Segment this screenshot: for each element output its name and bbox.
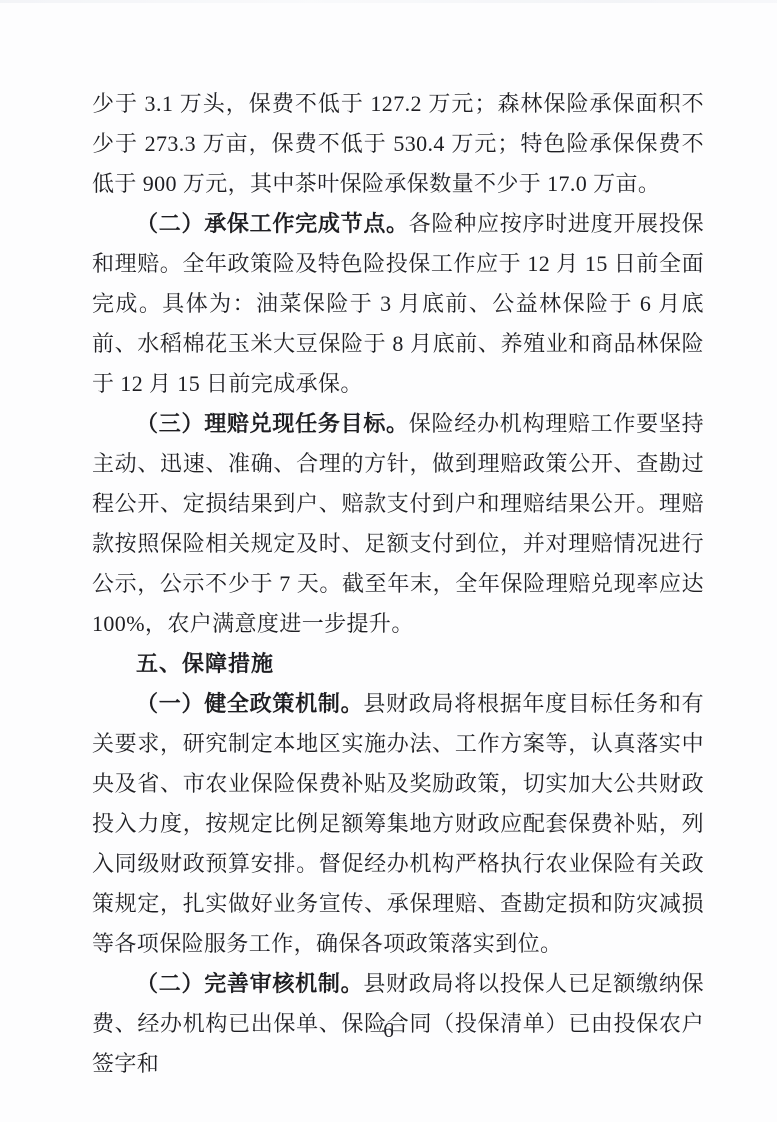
document-body: 少于 3.1 万头，保费不低于 127.2 万元；森林保险承保面积不少于 273… [92, 84, 704, 1084]
heading-text: 五、保障措施 [136, 651, 274, 676]
paragraph-continuation: 少于 3.1 万头，保费不低于 127.2 万元；森林保险承保面积不少于 273… [92, 84, 704, 204]
paragraph-text: 少于 3.1 万头，保费不低于 127.2 万元；森林保险承保面积不少于 273… [92, 91, 704, 196]
paragraph-text: 保险经办机构理赔工作要坚持主动、迅速、准确、合理的方针，做到理赔政策公开、查勘过… [92, 411, 704, 636]
paragraph-section-3-claims-targets: （三）理赔兑现任务目标。保险经办机构理赔工作要坚持主动、迅速、准确、合理的方针，… [92, 404, 704, 644]
paragraph-lead: （一）健全政策机制。 [136, 691, 363, 716]
paragraph-lead: （二）承保工作完成节点。 [136, 211, 409, 236]
paragraph-text: 各险种应按序时进度开展投保和理赔。全年政策险及特色险投保工作应于 12 月 15… [92, 211, 704, 396]
paragraph-measure-1-policy-mechanism: （一）健全政策机制。县财政局将根据年度目标任务和有关要求，研究制定本地区实施办法… [92, 684, 704, 964]
document-page: 少于 3.1 万头，保费不低于 127.2 万元；森林保险承保面积不少于 273… [0, 0, 777, 1122]
paragraph-text: 县财政局将根据年度目标任务和有关要求，研究制定本地区实施办法、工作方案等，认真落… [92, 691, 704, 956]
section-heading-safeguard-measures: 五、保障措施 [92, 644, 704, 684]
paragraph-lead: （二）完善审核机制。 [136, 971, 363, 996]
paragraph-lead: （三）理赔兑现任务目标。 [136, 411, 409, 436]
scan-artifact-top [0, 0, 777, 3]
paragraph-section-2-underwriting-deadlines: （二）承保工作完成节点。各险种应按序时进度开展投保和理赔。全年政策险及特色险投保… [92, 204, 704, 404]
page-number: 6 [0, 1016, 777, 1044]
